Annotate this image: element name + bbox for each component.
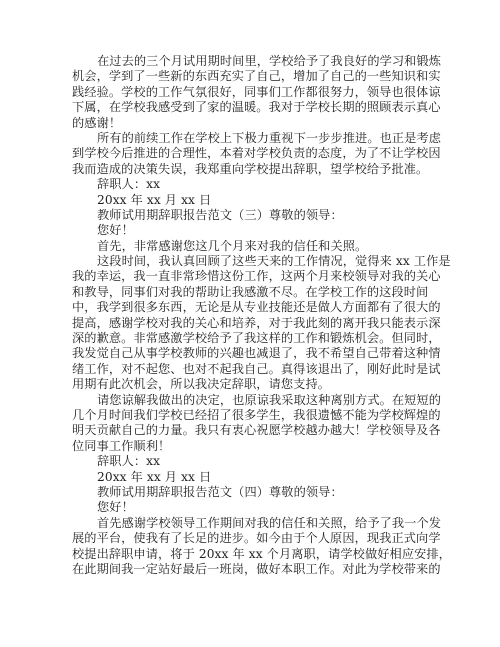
text-line: 我的幸运，我一直非常珍惜这份工作，这两个月来校领导对我的关心 — [72, 269, 422, 284]
text-line: 提高，感谢学校对我的关心和培养，对于我此刻的离开我只能表示深 — [72, 316, 422, 331]
text-line: 教师试用期辞职报告范文（四）尊敬的领导： — [72, 485, 424, 500]
text-line: 我发觉自己从事学校教师的兴趣也减退了，我不希望自己带着这种情 — [72, 346, 422, 361]
text-line: 首先，非常感谢您这几个月来对我的信任和关照。 — [72, 239, 424, 254]
text-line: 首先感谢学校领导工作期间对我的信任和关照，给予了我一个发 — [72, 516, 422, 531]
text-line: 和教导，同事们对我的帮助让我感激不尽。在学校工作的这段时间 — [72, 285, 424, 300]
text-line: 绪工作，对不起您、也对不起我自己。真得该退出了，刚好此时是试 — [72, 362, 422, 377]
document-page: 在过去的三个月试用期时间里，学校给予了我良好的学习和锻炼机会，学到了一些新的东西… — [72, 54, 424, 577]
text-line: 我而造成的决策失误，我郑重向学校提出辞职，望学校给予批准。 — [72, 162, 424, 177]
text-line: 展的平台，使我有了长足的进步。如今由于个人原因，现我正式向学 — [72, 531, 422, 546]
text-line: 下属，在学校我感受到了家的温暖。我对于学校长期的照顾表示真心 — [72, 100, 422, 115]
text-line: 20xx 年 xx 月 xx 日 — [72, 193, 424, 208]
text-line: 这段时间，我认真回顾了这些天来的工作情况，觉得来 xx 工作是 — [72, 254, 422, 269]
text-line: 20xx 年 xx 月 xx 日 — [72, 470, 424, 485]
text-line: 辞职人：xx — [72, 177, 424, 192]
text-line: 您好！ — [72, 500, 424, 515]
text-line: 辞职人：xx — [72, 454, 424, 469]
text-line: 所有的前续工作在学校上下极力重视下一步步推进。也正是考虑 — [72, 131, 422, 146]
text-line: 您好！ — [72, 223, 424, 238]
text-line: 机会，学到了一些新的东西充实了自己，增加了自己的一些知识和实 — [72, 69, 422, 84]
text-line: 请您谅解我做出的决定，也原谅我采取这种离别方式。在短短的 — [72, 393, 422, 408]
text-line: 的感谢！ — [72, 116, 424, 131]
text-line: 明天贡献自己的力量。我只有衷心祝愿学校越办越大！学校领导及各 — [72, 423, 422, 438]
text-line: 校提出辞职申请，将于 20xx 年 xx 个月离职，请学校做好相应安排， — [72, 547, 422, 562]
text-line: 践经验。学校的工作气氛很好，同事们工作都很努力，领导也很体谅 — [72, 85, 422, 100]
text-line: 深的歉意。非常感激学校给予了我这样的工作和锻炼机会。但同时， — [72, 331, 422, 346]
text-line: 教师试用期辞职报告范文（三）尊敬的领导： — [72, 208, 424, 223]
text-line: 在过去的三个月试用期时间里，学校给予了我良好的学习和锻炼 — [72, 54, 422, 69]
text-line: 中，我学到很多东西，无论是从专业技能还是做人方面都有了很大的 — [72, 300, 422, 315]
text-line: 位同事工作顺利！ — [72, 439, 424, 454]
text-line: 在此期间我一定站好最后一班岗，做好本职工作。对此为学校带来的 — [72, 562, 422, 577]
text-line: 用期有此次机会，所以我决定辞职，请您支持。 — [72, 377, 424, 392]
text-line: 到学校今后推进的合理性，本着对学校负责的态度，为了不让学校因 — [72, 146, 422, 161]
text-line: 几个月时间我们学校已经招了很多学生，我很遗憾不能为学校辉煌的 — [72, 408, 422, 423]
